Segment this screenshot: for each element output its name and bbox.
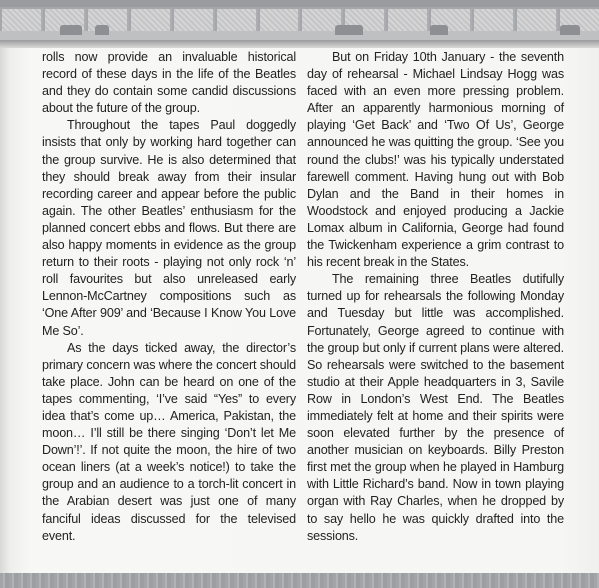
header-band-figure: [95, 25, 109, 35]
header-band-figure: [430, 25, 448, 35]
right-text-column: But on Friday 10th January - the seventh…: [307, 49, 564, 545]
header-band-base: [0, 40, 599, 48]
header-band-windows: [0, 9, 599, 31]
header-band-window: [174, 9, 215, 31]
header-band-window: [388, 9, 429, 31]
left-text-column: rolls now provide an invaluable historic…: [42, 49, 296, 545]
body-paragraph: rolls now provide an invaluable historic…: [42, 49, 296, 117]
header-band-window: [131, 9, 172, 31]
body-paragraph: Throughout the tapes Paul doggedly insis…: [42, 117, 296, 339]
header-band-figure: [560, 25, 580, 35]
header-band-window: [217, 9, 258, 31]
header-band-window: [517, 9, 558, 31]
header-band-top-edge: [0, 0, 599, 7]
body-paragraph: But on Friday 10th January - the seventh…: [307, 49, 564, 271]
body-paragraph: The remaining three Beatles dutifully tu…: [307, 271, 564, 545]
header-band-figure: [60, 25, 82, 35]
booklet-page: rolls now provide an invaluable historic…: [0, 0, 599, 588]
header-band-figure: [335, 25, 363, 35]
footer-texture-band: [0, 573, 599, 588]
header-band-window: [2, 9, 43, 31]
header-photo-band: [0, 0, 599, 48]
body-paragraph: As the days ticked away, the director’s …: [42, 340, 296, 545]
header-band-window: [260, 9, 301, 31]
header-band-window: [474, 9, 515, 31]
